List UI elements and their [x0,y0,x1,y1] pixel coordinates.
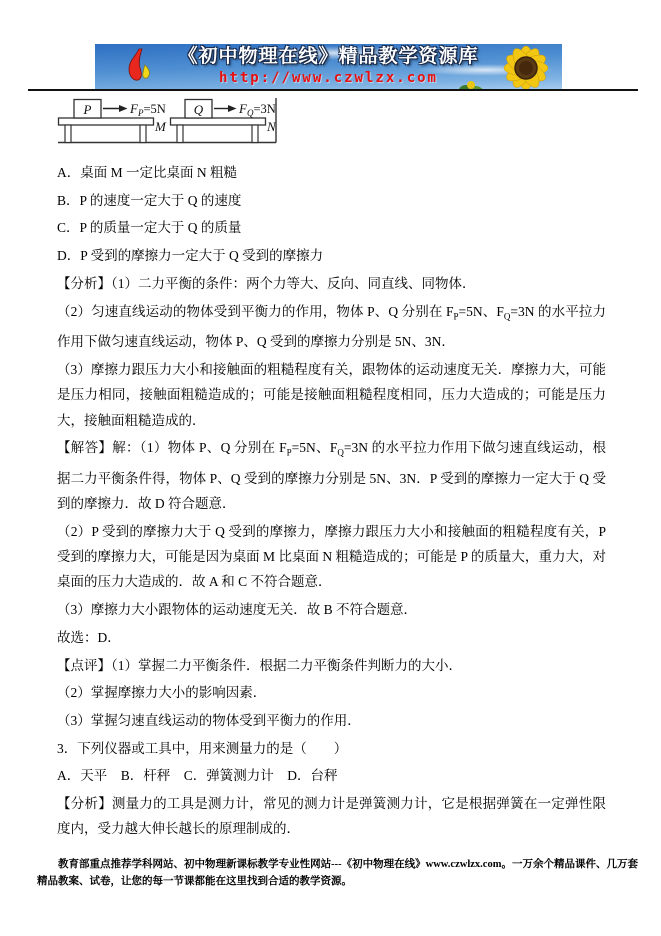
block-p-label: P [83,102,92,117]
q2-comment-p1: 【点评】（1）掌握二力平衡条件．根据二力平衡条件判断力的大小． [57,653,606,678]
physics-figure-wrap: P FP=5N M Q FQ=3N [57,97,606,150]
q2-answer-p3: （3）摩擦力大小跟物体的运动速度无关．故 B 不符合题意． [57,597,606,622]
q2-analysis-p3: （3）摩擦力跟压力大小和接触面的粗糙程度有关，跟物体的运动速度无关．摩擦力大，可… [57,357,606,433]
banner-url-link[interactable]: http://www.czwlzx.com [219,69,438,87]
document-content: P FP=5N M Q FQ=3N [57,95,606,844]
header-divider [28,89,638,91]
table-m [59,118,154,143]
q2-answer-p1: 【解答】解：（1）物体 P、Q 分别在 FP=5N、FQ=3N 的水平拉力作用下… [57,435,606,516]
force-q-label: FQ=3N [238,101,276,118]
q2-option-a: A．桌面 M 一定比桌面 N 粗糙 [57,160,606,185]
q3-analysis: 【分析】测量力的工具是测力计，常见的测力计是弹簧测力计，它是根据弹簧在一定弹性限… [57,791,606,841]
q2-analysis-p2: （2）匀速直线运动的物体受到平衡力的作用，物体 P、Q 分别在 FP=5N、FQ… [57,299,606,355]
plant-decoration [458,76,484,90]
force-p-label: FP=5N [129,101,166,118]
physics-figure: P FP=5N M Q FQ=3N [57,97,283,145]
q2-option-d: D．P 受到的摩擦力一定大于 Q 受到的摩擦力 [57,243,606,268]
q2-answer-choice: 故选：D． [57,625,606,650]
force-arrow-p [103,105,128,112]
site-banner: 《初中物理在线》精品教学资源库 http://www.czwlzx.com [95,44,562,90]
q2-analysis-p1: 【分析】（1）二力平衡的条件：两个力等大、反向、同直线、同物体． [57,271,606,296]
q2-answer-p2: （2）P 受到的摩擦力大于 Q 受到的摩擦力，摩擦力跟压力大小和接触面的粗糙程度… [57,519,606,595]
table-n [171,118,266,143]
footer-promo-text: 教育部重点推荐学科网站、初中物理新课标教学专业性网站---《初中物理在线》www… [37,857,638,890]
table-n-label: N [266,119,277,134]
table-m-label: M [154,119,167,134]
worksheet-page: 《初中物理在线》精品教学资源库 http://www.czwlzx.com [0,0,661,936]
q3-stem: 3．下列仪器或工具中，用来测量力的是（ ） [57,736,606,761]
q2-option-b: B．P 的速度一定大于 Q 的速度 [57,188,606,213]
q2-comment-p3: （3）掌握匀速直线运动的物体受到平衡力的作用． [57,708,606,733]
block-q-label: Q [194,102,204,117]
q3-options-line: A．天平 B．杆秤 C．弹簧测力计 D．台秤 [57,763,606,788]
force-arrow-q [214,105,237,112]
sunflower-image [488,44,560,90]
q2-comment-p2: （2）掌握摩擦力大小的影响因素． [57,680,606,705]
q2-option-c: C．P 的质量一定大于 Q 的质量 [57,215,606,240]
